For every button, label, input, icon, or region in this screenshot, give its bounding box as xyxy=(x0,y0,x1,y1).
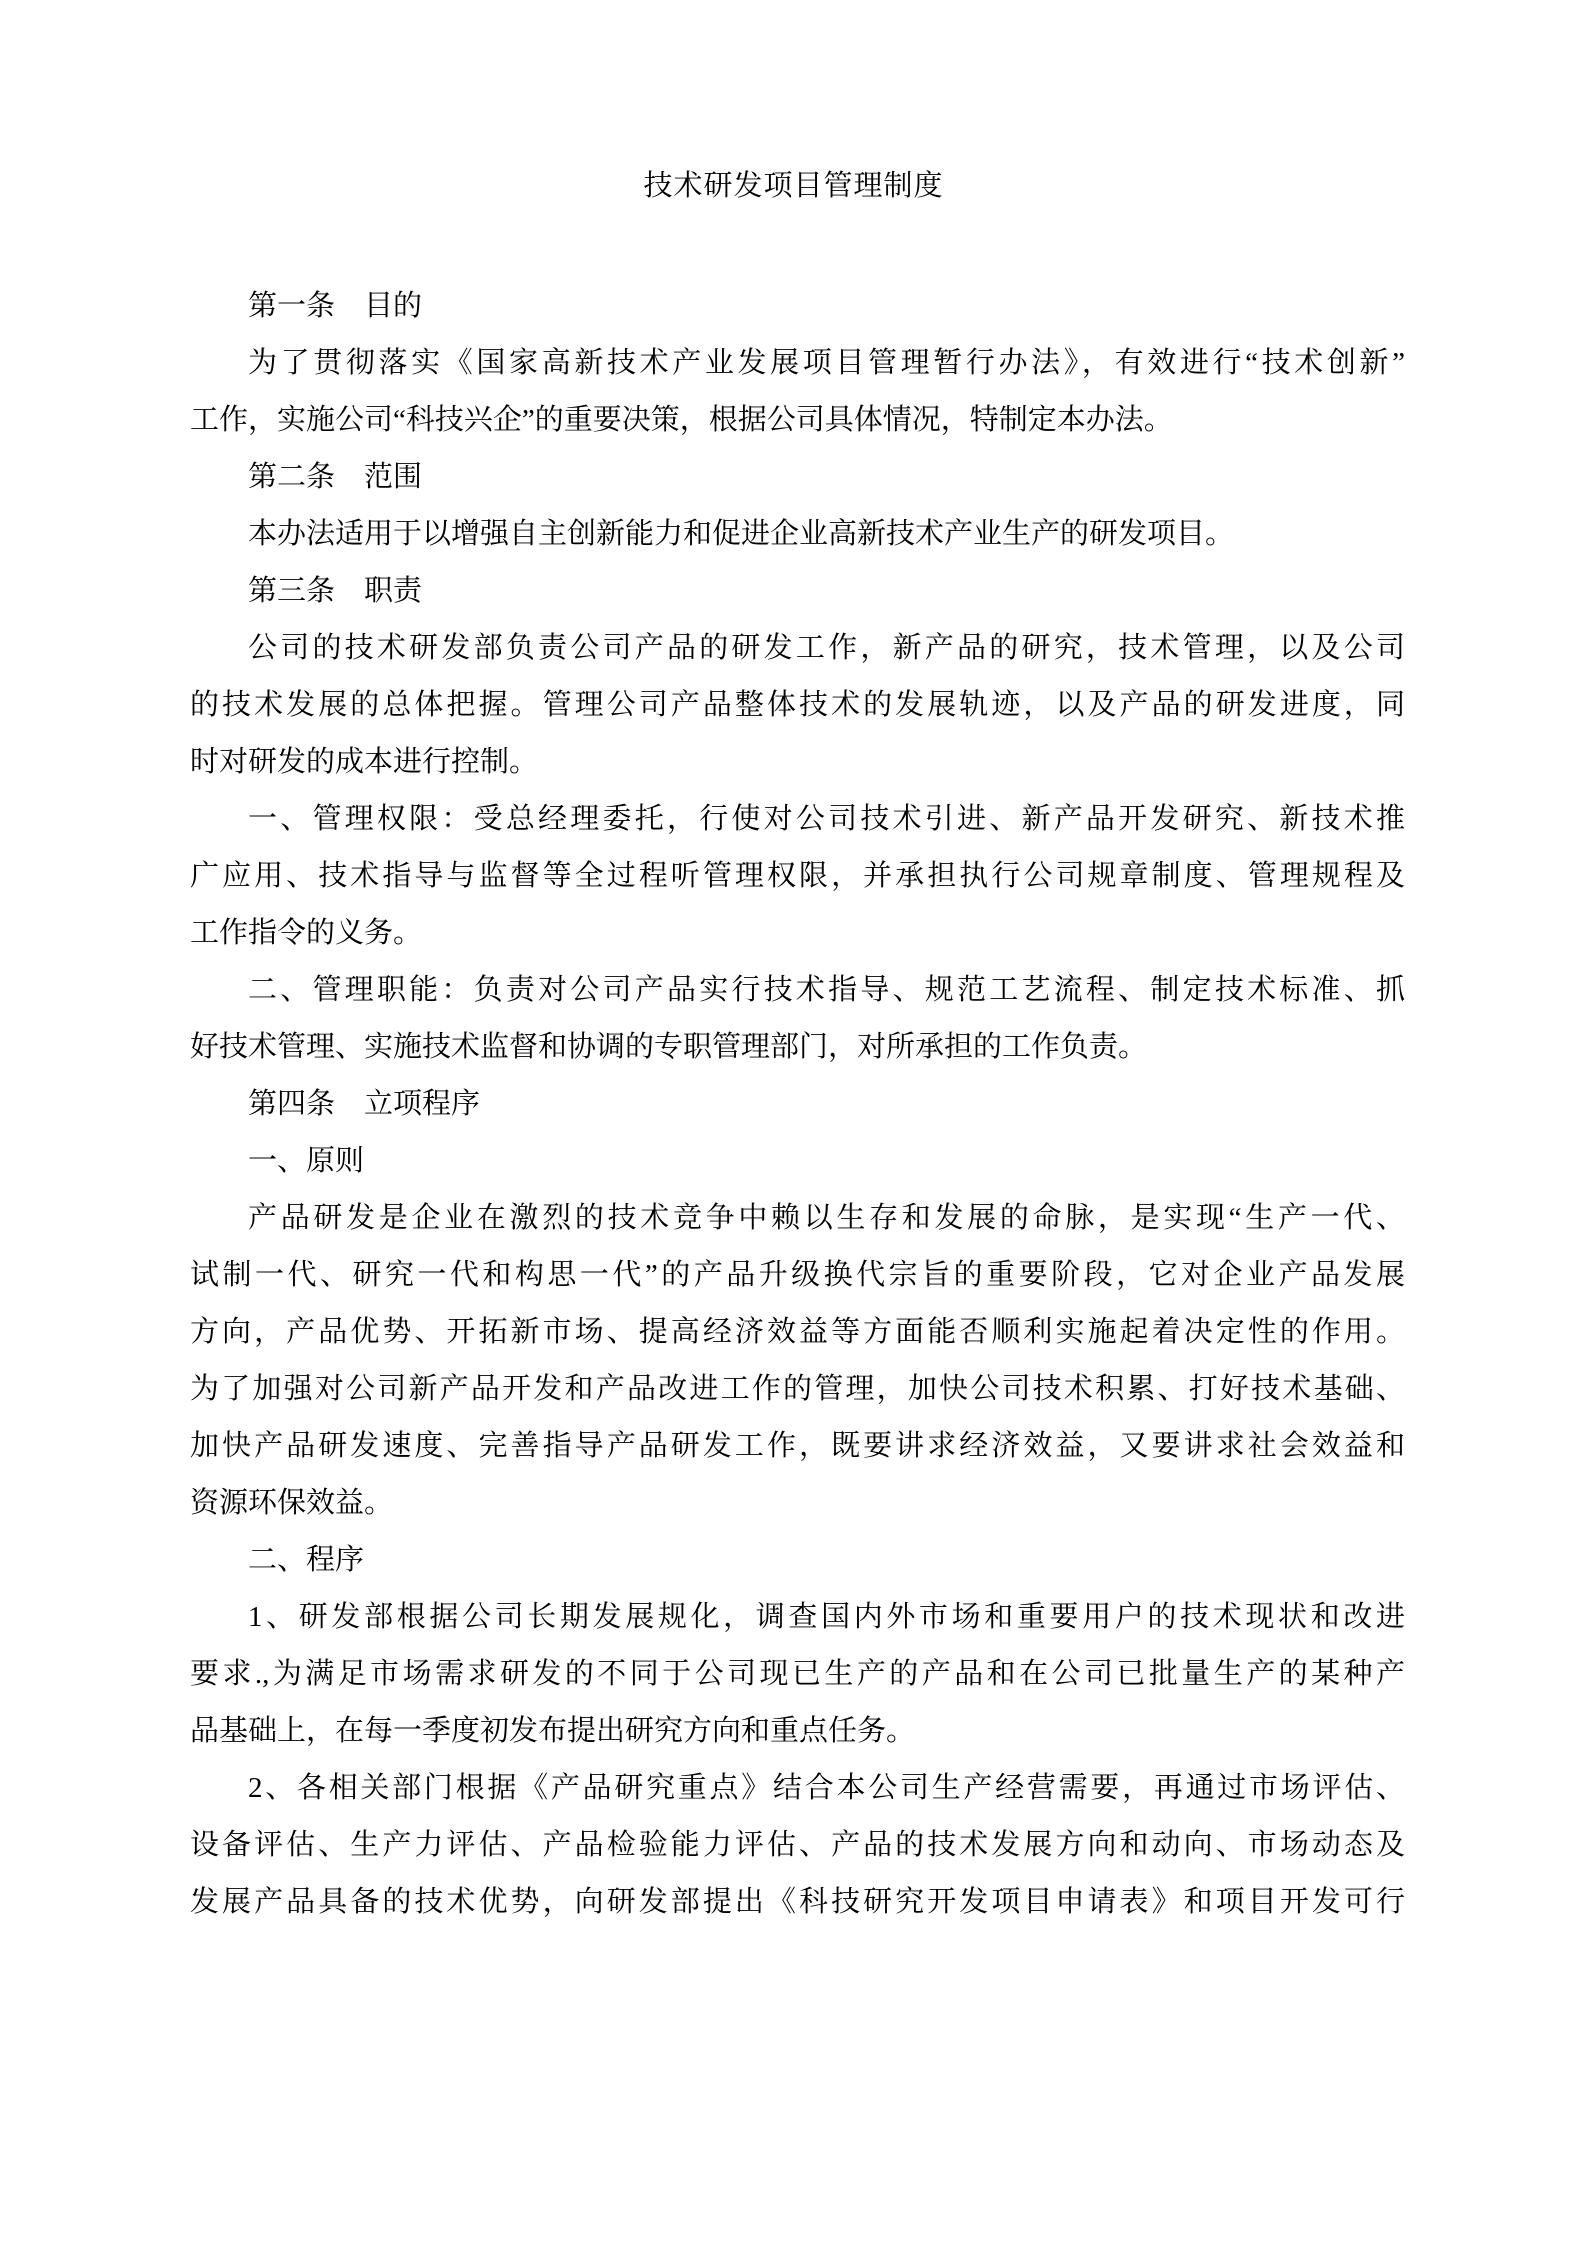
paragraph-line: 产品研发是企业在激烈的技术竞争中赖以生存和发展的命脉，是实现“生产一代、 xyxy=(248,1200,1405,1236)
article-number: 第四条 xyxy=(248,1088,335,1120)
paragraph-line: 品基础上，在每一季度初发布提出研究方向和重点任务。 xyxy=(190,1713,1405,1749)
paragraph-line: 为了贯彻落实《国家高新技术产业发展项目管理暂行办法》，有效进行“技术创新” xyxy=(248,345,1405,381)
paragraph-line: 工作指令的义务。 xyxy=(190,915,1405,951)
paragraph-line: 二、管理职能：负责对公司产品实行技术指导、规范工艺流程、制定技术标准、抓 xyxy=(248,972,1405,1008)
paragraph-line: 要求.,为满足市场需求研发的不同于公司现已生产的产品和在公司已批量生产的某种产 xyxy=(190,1656,1405,1692)
paragraph-line: 本办法适用于以增强自主创新能力和促进企业高新技术产业生产的研发项目。 xyxy=(248,516,1405,552)
article-number: 第一条 xyxy=(248,290,335,322)
paragraph-line: 方向，产品优势、开拓新市场、提高经济效益等方面能否顺利实施起着决定性的作用。 xyxy=(190,1314,1405,1350)
document-page: 技术研发项目管理制度 第一条目的 为了贯彻落实《国家高新技术产业发展项目管理暂行… xyxy=(0,0,1587,2245)
document-title: 技术研发项目管理制度 xyxy=(0,168,1587,204)
section-heading-procedure: 二、程序 xyxy=(248,1542,364,1578)
paragraph-line: 一、管理权限：受总经理委托，行使对公司技术引进、新产品开发研究、新技术推 xyxy=(248,801,1405,837)
article-title: 目的 xyxy=(364,290,422,322)
article-title: 范围 xyxy=(364,461,422,493)
paragraph-line: 资源环保效益。 xyxy=(190,1485,1405,1521)
article-2-heading: 第二条范围 xyxy=(248,459,422,495)
paragraph-line: 2、各相关部门根据《产品研究重点》结合本公司生产经营需要，再通过市场评估、 xyxy=(248,1770,1405,1806)
paragraph-line: 1、研发部根据公司长期发展规化，调查国内外市场和重要用户的技术现状和改进 xyxy=(248,1599,1405,1635)
article-1-heading: 第一条目的 xyxy=(248,288,422,324)
paragraph-line: 设备评估、生产力评估、产品检验能力评估、产品的技术发展方向和动向、市场动态及 xyxy=(190,1827,1405,1863)
article-number: 第三条 xyxy=(248,575,335,607)
paragraph-line: 发展产品具备的技术优势，向研发部提出《科技研究开发项目申请表》和项目开发可行 xyxy=(190,1884,1405,1920)
paragraph-line: 时对研发的成本进行控制。 xyxy=(190,744,1405,780)
article-4-heading: 第四条立项程序 xyxy=(248,1086,480,1122)
paragraph-line: 工作，实施公司“科技兴企”的重要决策，根据公司具体情况，特制定本办法。 xyxy=(190,402,1405,438)
paragraph-line: 广应用、技术指导与监督等全过程听管理权限，并承担执行公司规章制度、管理规程及 xyxy=(190,858,1405,894)
paragraph-line: 为了加强对公司新产品开发和产品改进工作的管理，加快公司技术积累、打好技术基础、 xyxy=(190,1371,1405,1407)
article-number: 第二条 xyxy=(248,461,335,493)
paragraph-line: 试制一代、研究一代和构思一代”的产品升级换代宗旨的重要阶段，它对企业产品发展 xyxy=(190,1257,1405,1293)
paragraph-line: 加快产品研发速度、完善指导产品研发工作，既要讲求经济效益，又要讲求社会效益和 xyxy=(190,1428,1405,1464)
article-title: 职责 xyxy=(364,575,422,607)
paragraph-line: 公司的技术研发部负责公司产品的研发工作，新产品的研究，技术管理，以及公司 xyxy=(248,630,1405,666)
paragraph-line: 好技术管理、实施技术监督和协调的专职管理部门，对所承担的工作负责。 xyxy=(190,1029,1405,1065)
article-3-heading: 第三条职责 xyxy=(248,573,422,609)
article-title: 立项程序 xyxy=(364,1088,480,1120)
paragraph-line: 的技术发展的总体把握。管理公司产品整体技术的发展轨迹，以及产品的研发进度，同 xyxy=(190,687,1405,723)
section-heading-principle: 一、原则 xyxy=(248,1143,364,1179)
